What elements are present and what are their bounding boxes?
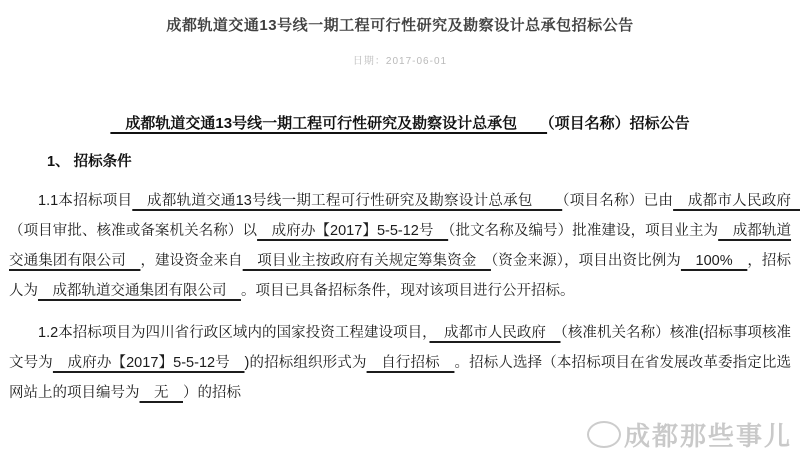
form-blank-value: 成都市人民政府 [673, 193, 800, 209]
form-text: ）的招标 [183, 385, 241, 401]
form-blank-value: 项目业主按政府有关规定筹集资金 [243, 253, 491, 269]
form-text: 1.1本招标项目 [38, 193, 132, 209]
form-text: （批文名称及编号）批准建设，项目业主为 [448, 223, 718, 239]
form-blank-value: 无 [140, 385, 184, 401]
form-blank-value: 成府办【2017】5-5-12号 [53, 355, 245, 371]
paragraph-1-2: 1.2本招标项目为四川省行政区域内的国家投资工程建设项目， 成都市人民政府 （核… [9, 318, 791, 408]
section-1-title: 1、 招标条件 [47, 150, 791, 171]
form-blank-value: 成都轨道交通13号线一期工程可行性研究及勘察设计总承包 [132, 193, 562, 209]
form-text: （资金来源），项目出资比例为 [491, 253, 681, 269]
paragraph-1-1: 1.1本招标项目 成都轨道交通13号线一期工程可行性研究及勘察设计总承包 （项目… [9, 186, 791, 306]
form-text: 。项目已具备招标条件，现对该项目进行公开招标。 [241, 283, 575, 299]
doc-heading-project-name: 成都轨道交通13号线一期工程可行性研究及勘察设计总承包 [110, 115, 547, 132]
doc-heading: 成都轨道交通13号线一期工程可行性研究及勘察设计总承包 （项目名称）招标公告 [9, 112, 791, 133]
form-text: （项目审批、核准或备案机关名称）以 [9, 223, 257, 239]
form-blank-value: 成都轨道交通集团有限公司 [38, 283, 241, 299]
form-text: 1.2本招标项目为四川省行政区域内的国家投资工程建设项目， [38, 325, 429, 341]
watermark-text: 成都那些事儿 [624, 416, 792, 453]
form-text: ，建设资金来自 [140, 253, 242, 269]
document-body: 成都轨道交通13号线一期工程可行性研究及勘察设计总承包 （项目名称）招标公告 1… [0, 112, 800, 408]
form-blank-value: 成都市人民政府 [429, 325, 560, 341]
watermark: 成都那些事儿 [587, 416, 792, 453]
article-title: 成都轨道交通13号线一期工程可行性研究及勘察设计总承包招标公告 [0, 0, 800, 36]
watermark-oval-logo-icon [587, 421, 621, 448]
form-text: )的招标组织形式为 [245, 355, 367, 371]
form-text: （项目名称）已由 [562, 193, 673, 209]
document-page: 成都轨道交通13号线一期工程可行性研究及勘察设计总承包招标公告 日期：2017-… [0, 0, 800, 461]
article-date: 日期：2017-06-01 [0, 52, 800, 67]
form-blank-value: 成府办【2017】5-5-12号 [257, 223, 448, 239]
form-blank-value: 100% [681, 253, 747, 269]
doc-heading-suffix: （项目名称）招标公告 [547, 115, 690, 132]
form-blank-value: 自行招标 [367, 355, 455, 371]
